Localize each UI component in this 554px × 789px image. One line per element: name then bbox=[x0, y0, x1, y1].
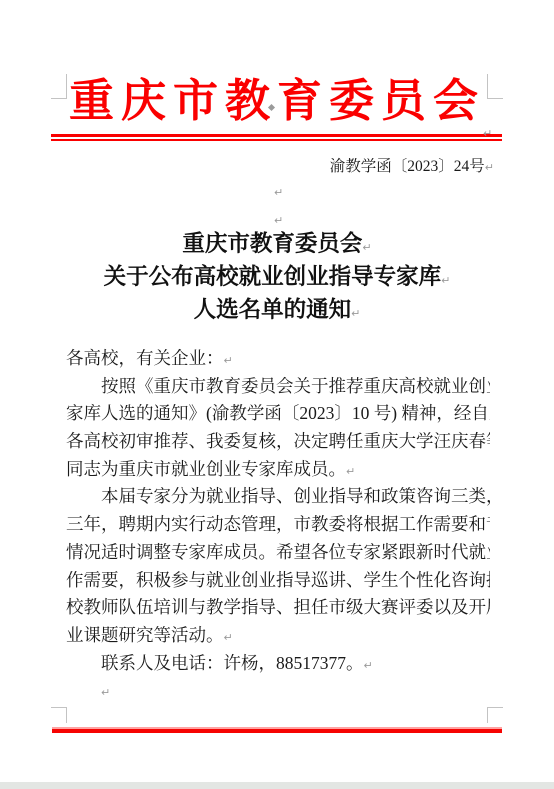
paragraph-mark-icon: ↵ bbox=[483, 127, 492, 140]
title-line-1: 重庆市教育委员会↵ bbox=[0, 229, 554, 262]
body-line: 业课题研究等活动。↵ bbox=[66, 622, 490, 650]
letterhead-red-rule bbox=[51, 134, 502, 141]
body-line: 情况适时调整专家库成员。希望各位专家紧跟新时代就业创业工 bbox=[66, 539, 490, 567]
body-line: 本届专家分为就业指导、创业指导和政策咨询三类，聘期为 bbox=[66, 483, 490, 511]
page-bottom-edge bbox=[0, 782, 554, 789]
document-title: 重庆市教育委员会↵ 关于公布高校就业创业指导专家库↵ 人选名单的通知↵ bbox=[0, 229, 554, 328]
title-line-3: 人选名单的通知↵ bbox=[0, 295, 554, 328]
body-line: 校教师队伍培训与教学指导、担任市级大赛评委以及开展就业创 bbox=[66, 594, 490, 622]
paragraph-mark-icon: ↵ bbox=[346, 465, 355, 478]
body-line: 家库人选的通知》(渝教学函〔2023〕10 号) 精神，经自主申报、 bbox=[66, 400, 490, 428]
body-line: 三年，聘期内实行动态管理，市教委将根据工作需要和专家履职 bbox=[66, 511, 490, 539]
footer-rule-line bbox=[52, 729, 502, 733]
paragraph-mark-icon: ↵ bbox=[485, 161, 494, 174]
red-rule-thin-line bbox=[51, 139, 502, 141]
margin-corner-mark-bottom-left bbox=[51, 707, 67, 723]
paragraph-mark-icon: ↵ bbox=[101, 686, 110, 699]
body-text[interactable]: 各高校，有关企业：↵ 按照《重庆市教育委员会关于推荐重庆高校就业创业指导专 家库… bbox=[66, 345, 490, 705]
body-line-salutation: 各高校，有关企业：↵ bbox=[66, 345, 490, 373]
document-page[interactable]: 重庆市教育委员会 ↵ 渝教学函〔2023〕24号↵ ↵ ↵ 重庆市教育委员会↵ … bbox=[0, 0, 554, 789]
letterhead-org-name: 重庆市教育委员会 bbox=[0, 64, 554, 129]
doc-number: 渝教学函〔2023〕24号↵ bbox=[330, 154, 494, 176]
body-line-empty: ↵ bbox=[66, 677, 490, 705]
title-line-2: 关于公布高校就业创业指导专家库↵ bbox=[0, 262, 554, 295]
body-line: 同志为重庆市就业创业专家库成员。↵ bbox=[66, 456, 490, 484]
paragraph-mark-icon: ↵ bbox=[364, 659, 373, 672]
paragraph-mark-icon: ↵ bbox=[274, 214, 283, 227]
body-line-contact: 联系人及电话：许杨，88517377。↵ bbox=[66, 650, 490, 678]
paragraph-mark-icon: ↵ bbox=[351, 307, 360, 320]
paragraph-mark-icon: ↵ bbox=[274, 186, 283, 199]
footer-red-rule bbox=[52, 727, 502, 733]
body-line: 各高校初审推荐、我委复核，决定聘任重庆大学汪庆春等 270 名 bbox=[66, 428, 490, 456]
body-line: 作需要，积极参与就业创业指导巡讲、学生个性化咨询指导、高 bbox=[66, 567, 490, 595]
paragraph-mark-icon: ↵ bbox=[362, 241, 371, 254]
body-line: 按照《重庆市教育委员会关于推荐重庆高校就业创业指导专 bbox=[66, 373, 490, 401]
paragraph-mark-icon: ↵ bbox=[441, 274, 450, 287]
doc-number-text: 渝教学函〔2023〕24号 bbox=[330, 158, 485, 175]
paragraph-mark-icon: ↵ bbox=[224, 354, 233, 367]
margin-corner-mark-bottom-right bbox=[487, 707, 503, 723]
paragraph-mark-icon: ↵ bbox=[224, 631, 233, 644]
